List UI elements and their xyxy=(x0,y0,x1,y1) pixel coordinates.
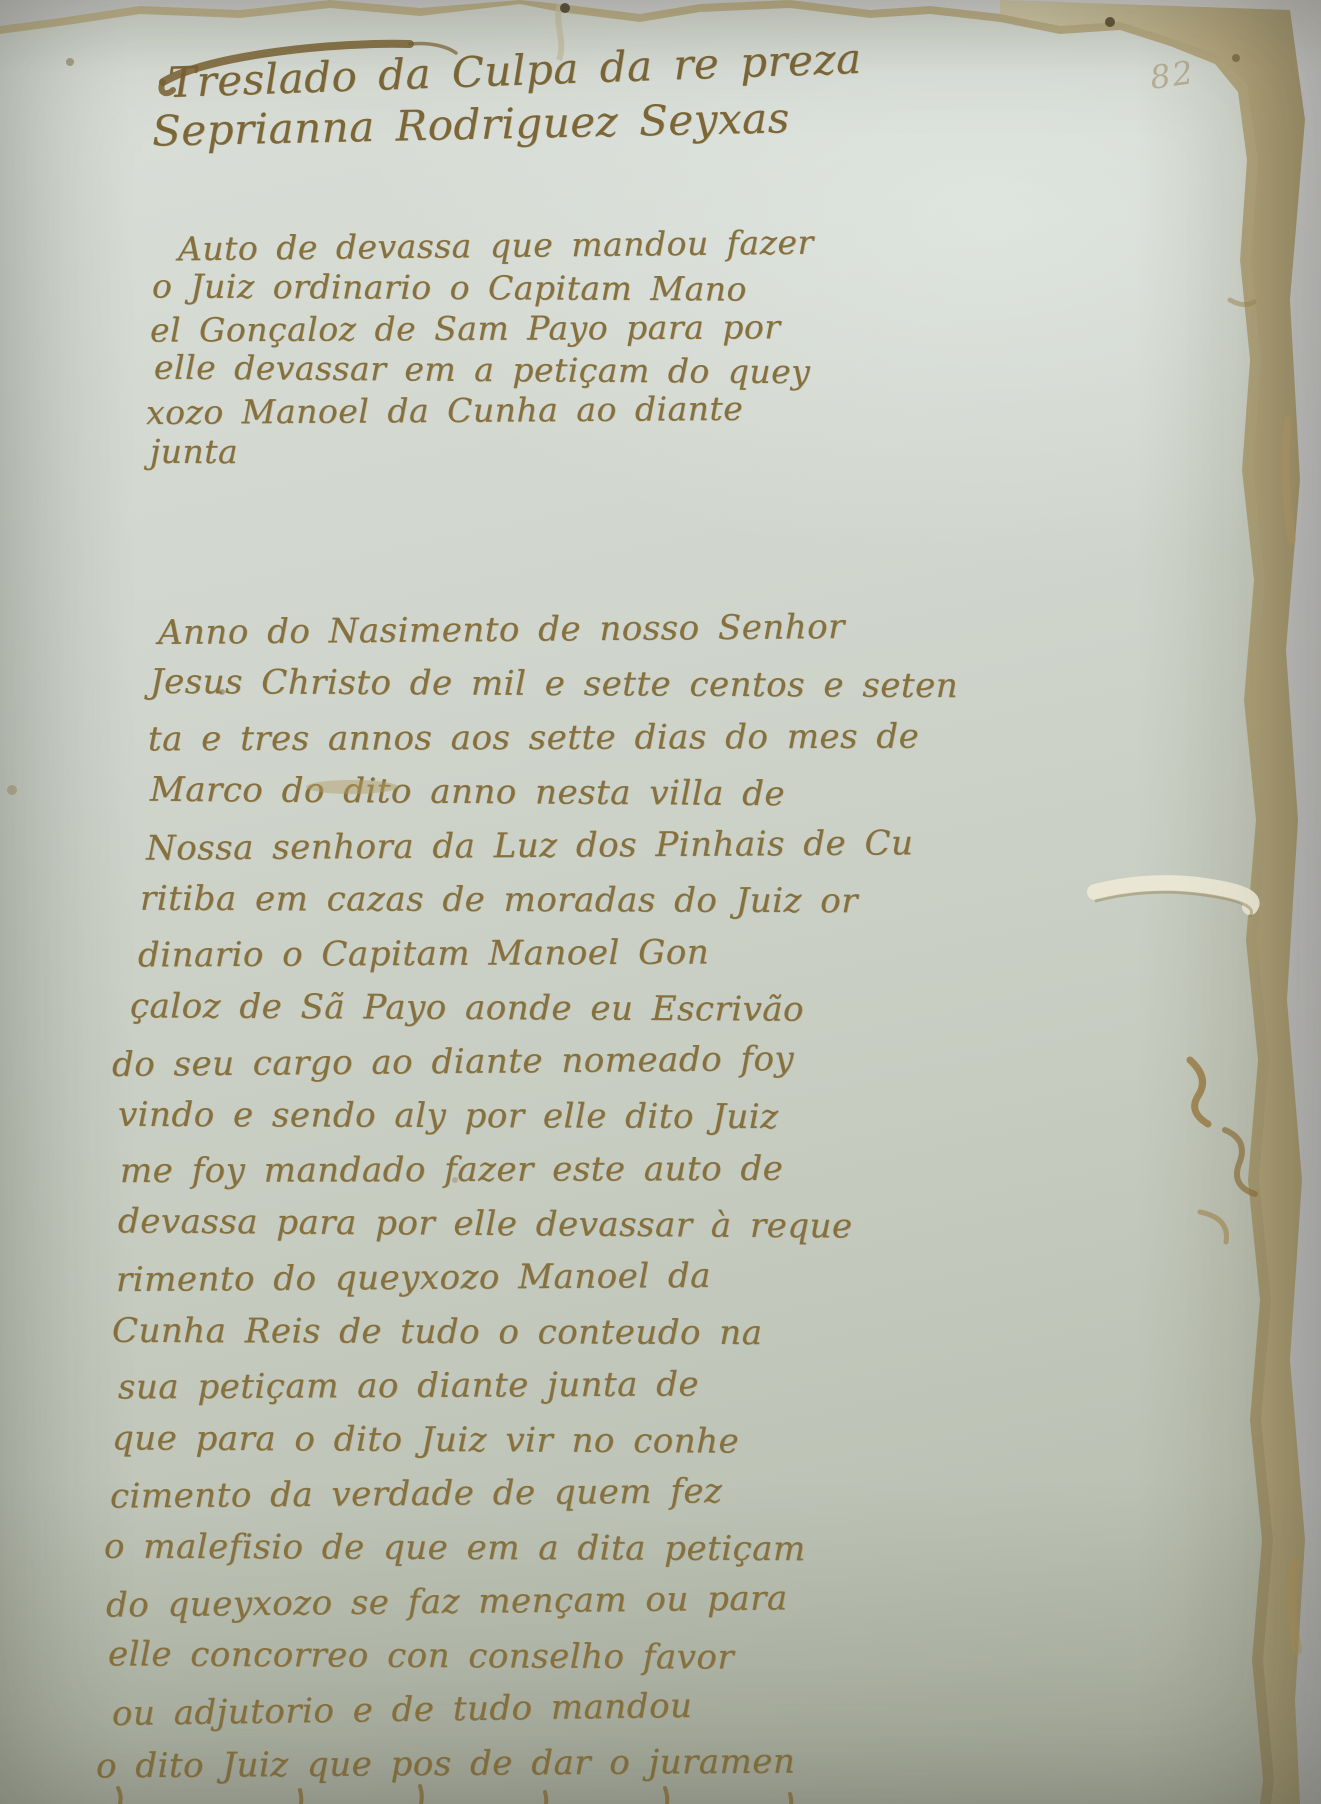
text-line: me foy mandado fazer este auto de xyxy=(120,1149,783,1191)
text-line: çaloz de Sã Payo aonde eu Escrivão xyxy=(130,986,804,1030)
text-line: Auto de devassa que mandou fazer xyxy=(178,223,814,269)
text-line: cimento da verdade de quem fez xyxy=(110,1471,723,1516)
text-line: xozo Manoel da Cunha ao diante xyxy=(146,389,744,432)
text-line: dinario o Capitam Manoel Gon xyxy=(138,933,709,976)
text-line: que para o dito Juiz vir no conhe xyxy=(112,1418,739,1461)
text-line: Nossa senhora da Luz dos Pinhais de Cu xyxy=(146,823,914,868)
text-line: Jesus Christo de mil e sette centos e se… xyxy=(150,662,958,706)
text-line: Cunha Reis de tudo o conteudo na xyxy=(112,1311,763,1353)
manuscript-photo: 82 Treslado da Culpa da re preza Seprian… xyxy=(0,0,1321,1804)
text-line: ta e tres annos aos sette dias do mes de xyxy=(148,717,919,760)
text-line: do seu cargo ao diante nomeado foy xyxy=(112,1039,795,1085)
text-line: ou adjutorio e de tudo mandou xyxy=(112,1686,693,1734)
text-line: do queyxozo se faz mençam ou para xyxy=(106,1578,788,1625)
text-line: Marco do dito anno nesta villa de xyxy=(150,770,785,814)
text-line: junta xyxy=(150,432,238,471)
text-line: vindo e sendo aly por elle dito Juiz xyxy=(118,1095,779,1137)
text-line: el Gonçaloz de Sam Payo para por xyxy=(150,307,781,349)
text-line: devassa para por elle devassar à reque xyxy=(118,1201,853,1246)
text-line: elle devassar em a petiçam do quey xyxy=(154,348,811,392)
text-line: o dito Juiz que pos de dar o juramen xyxy=(96,1742,796,1787)
text-line: o malefisio de que em a dita petiçam xyxy=(104,1527,806,1569)
text-line: ritiba em cazas de moradas do Juiz or xyxy=(140,879,858,922)
folio-number: 82 xyxy=(1148,53,1198,97)
text-line: o Juiz ordinario o Capitam Mano xyxy=(152,266,747,308)
text-line: Anno do Nasimento de nosso Senhor xyxy=(158,607,845,653)
text-line: rimento do queyxozo Manoel da xyxy=(116,1256,711,1300)
text-line: sua petiçam ao diante junta de xyxy=(118,1364,699,1407)
text-line: elle concorreo con conselho favor xyxy=(108,1634,734,1677)
